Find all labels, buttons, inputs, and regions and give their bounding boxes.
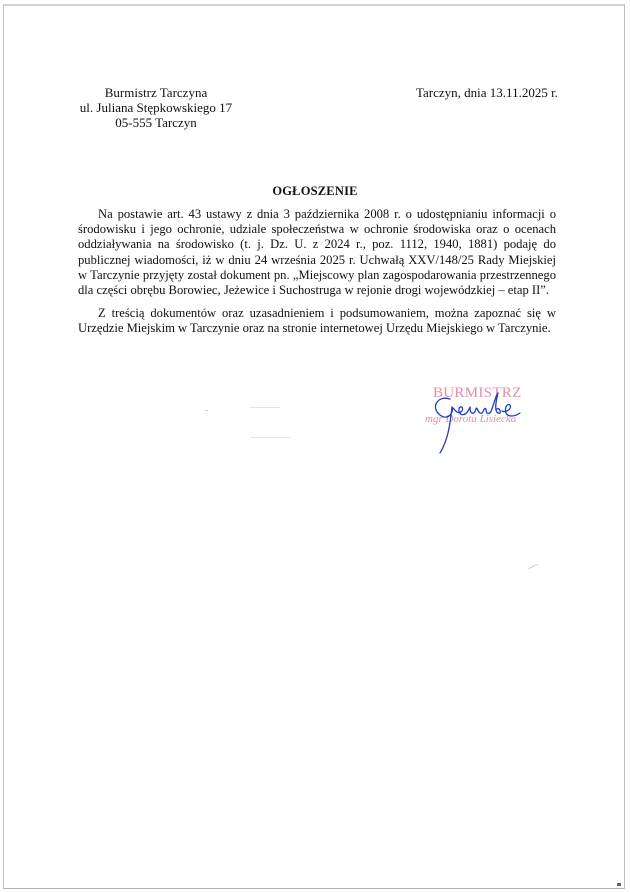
paragraph-text: Z treścią dokumentów oraz uzasadnieniem …	[78, 306, 556, 335]
sender-street: ul. Juliana Stępkowskiego 17	[76, 100, 236, 115]
sender-postal-city: 05-555 Tarczyn	[76, 115, 236, 130]
scan-artifact	[205, 410, 208, 411]
scan-artifact	[250, 437, 290, 438]
announcement-paragraph: Na postawie art. 43 ustawy z dnia 3 paźd…	[78, 207, 556, 298]
document-date: Tarczyn, dnia 13.11.2025 r.	[416, 85, 558, 100]
paragraph-text: Na postawie art. 43 ustawy z dnia 3 paźd…	[78, 207, 556, 297]
page-corner-mark	[617, 883, 621, 886]
access-info-paragraph: Z treścią dokumentów oraz uzasadnieniem …	[78, 306, 556, 336]
document-page	[3, 4, 625, 889]
sender-address: Burmistrz Tarczyna ul. Juliana Stępkowsk…	[76, 85, 236, 130]
document-title: OGŁOSZENIE	[0, 184, 630, 199]
stamp-name: mgr Dorota Lisiecka	[425, 413, 516, 425]
sender-name: Burmistrz Tarczyna	[76, 85, 236, 100]
scan-artifact	[250, 407, 280, 408]
mayor-stamp: BURMISTRZ mgr Dorota Lisiecka	[420, 385, 540, 445]
stamp-title: BURMISTRZ	[433, 385, 522, 402]
